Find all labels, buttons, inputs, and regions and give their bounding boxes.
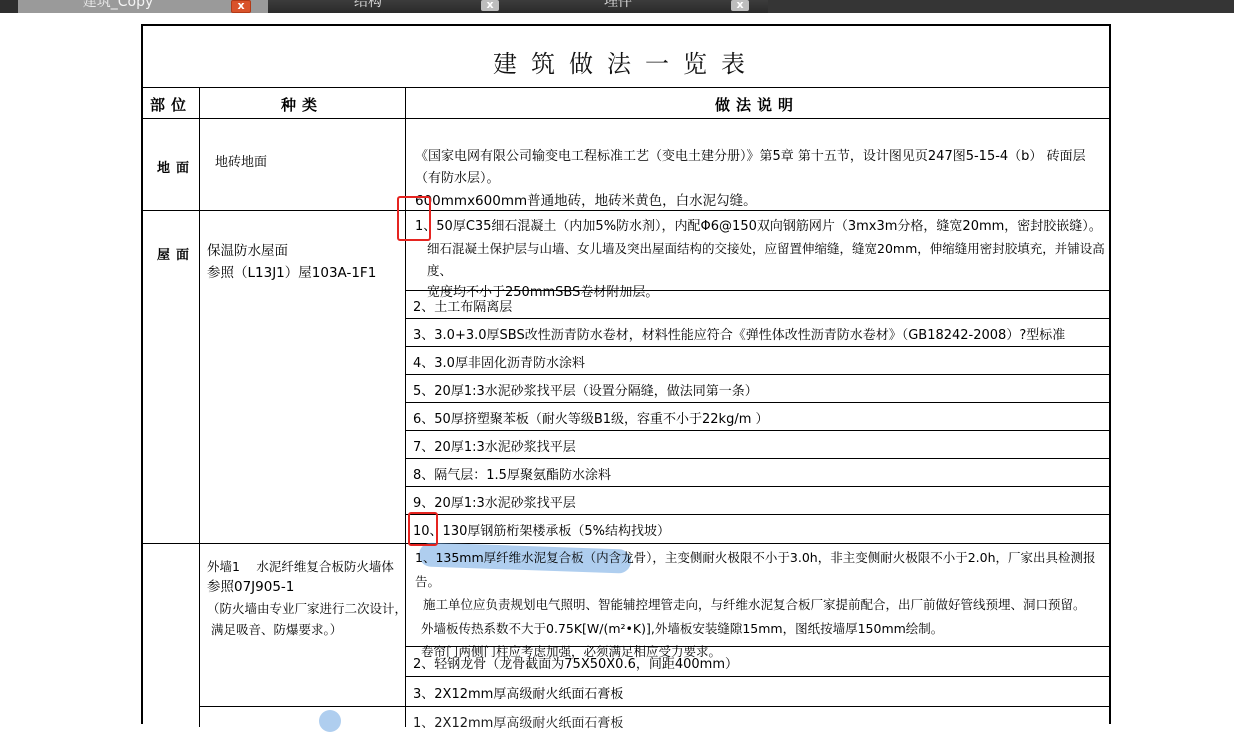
grid-line [143, 87, 1109, 88]
section-kind-wall: 外墙1 水泥纤维复合板防火墙体 参照07J905-1 （防火墙由专业厂家进行二次… [207, 556, 407, 640]
grid-line [405, 402, 1109, 403]
close-icon[interactable]: x [481, 0, 499, 11]
kind-line: 参照（L13J1）屋103A-1F1 [207, 262, 376, 284]
tab-jianzhu-copy[interactable]: 建筑_Copy x [18, 0, 268, 13]
roof-method-1: 1、50厚C35细石混凝土（内加5%防水剂），内配Φ6@150双向钢筋网片（3m… [415, 216, 1109, 304]
method-line: 宽度均不小于250mmSBS卷材附加层。 [415, 282, 1109, 304]
grid-line [199, 706, 1109, 707]
grid-line [405, 676, 1109, 677]
method-line: 施工单位应负责规划电气照明、智能辅控埋管走向，与纤维水泥复合板厂家提前配合，出厂… [415, 593, 1109, 617]
red-marker-box [397, 196, 431, 241]
roof-method-5: 5、20厚1:3水泥砂浆找平层（设置分隔缝，做法同第一条） [413, 380, 758, 399]
tab-bar-empty [768, 0, 1234, 13]
method-line: 细石混凝土保护层与山墙、女儿墙及突出屋面结构的交接处，应留置伸缩缝，缝宽20mm… [415, 238, 1109, 282]
red-marker-box [408, 512, 438, 546]
method-line: 1、50厚C35细石混凝土（内加5%防水剂），内配Φ6@150双向钢筋网片（3m… [415, 216, 1109, 238]
grid-line [199, 87, 200, 715]
grid-line [405, 346, 1109, 347]
kind-line: 参照07J905-1 [207, 577, 407, 598]
kind-line: 满足吸音、防爆要求。） [207, 619, 407, 640]
tab-maijian[interactable]: 埋件 x [518, 0, 768, 13]
roof-method-9: 9、20厚1:3水泥砂浆找平层 [413, 492, 576, 511]
kind-line: 保温防水屋面 [207, 240, 376, 262]
roof-method-2: 2、土工布隔离层 [413, 296, 512, 315]
roof-method-10: 10、130厚钢筋桁架楼承板（5%结构找坡） [413, 520, 670, 539]
roof-method-4: 4、3.0厚非固化沥青防水涂料 [413, 352, 585, 371]
grid-line [405, 514, 1109, 515]
grid-line [405, 318, 1109, 319]
method-line: 600mmx600mm普通地砖，地砖米黄色，白水泥勾缝。 [415, 190, 1109, 212]
kind-line: 地砖地面 [215, 152, 267, 174]
section-part-floor: 地面 [157, 157, 195, 176]
kind-line: （防火墙由专业厂家进行二次设计， [207, 598, 407, 619]
section-kind-floor: 地砖地面 [215, 152, 267, 174]
wall-method-2: 2、轻钢龙骨（龙骨截面为75X50X0.6，间距400mm） [413, 653, 738, 672]
document-tab-bar: 建筑_Copy x 结构 x 埋件 x [0, 0, 1234, 13]
table-title: 建筑做法一览表 [143, 44, 1109, 79]
roof-method-7: 7、20厚1:3水泥砂浆找平层 [413, 436, 576, 455]
close-icon[interactable]: x [231, 0, 251, 13]
grid-line [405, 374, 1109, 375]
section-part-roof: 屋面 [157, 244, 195, 263]
highlight-annotation-dot [319, 710, 341, 715]
header-part: 部位 [143, 94, 199, 115]
tab-jiegou[interactable]: 结构 x [268, 0, 518, 13]
drawing-sheet: 建筑做法一览表 部位 种类 做法说明 地面 地砖地面 《国家电网有限公司输变电工… [141, 24, 1111, 715]
header-method: 做法说明 [405, 94, 1109, 115]
wall-method-3: 3、2X12mm厚高级耐火纸面石膏板 [413, 683, 623, 702]
tab-label: 结构 [268, 0, 468, 6]
method-line: 《国家电网有限公司输变电工程标准工艺（变电土建分册）》第5章 第十五节，设计图见… [415, 146, 1109, 190]
grid-line [405, 430, 1109, 431]
grid-line [143, 543, 1109, 544]
close-icon[interactable]: x [731, 0, 749, 11]
roof-method-3: 3、3.0+3.0厚SBS改性沥青防水卷材，材料性能应符合《弹性体改性沥青防水卷… [413, 324, 1065, 343]
roof-method-8: 8、隔气层：1.5厚聚氨酯防水涂料 [413, 464, 611, 483]
header-kind: 种类 [199, 94, 405, 115]
grid-line [405, 458, 1109, 459]
method-line: 外墙板传热系数不大于0.75K[W/(m²•K)],外墙板安装缝隙15mm，图纸… [415, 617, 1109, 641]
floor-method: 《国家电网有限公司输变电工程标准工艺（变电土建分册）》第5章 第十五节，设计图见… [415, 146, 1109, 212]
roof-method-6: 6、50厚挤塑聚苯板（耐火等级B1级，容重不小于22kg/m ） [413, 408, 769, 427]
tab-bar-left-edge [0, 0, 18, 13]
wall-method-1: 1、135mm厚纤维水泥复合板（内含龙骨），主变侧耐火极限不小于3.0h，非主变… [415, 546, 1109, 664]
tab-label: 埋件 [518, 0, 718, 6]
section-kind-roof: 保温防水屋面 参照（L13J1）屋103A-1F1 [207, 240, 376, 284]
method-line: 1、135mm厚纤维水泥复合板（内含龙骨），主变侧耐火极限不小于3.0h，非主变… [415, 546, 1109, 593]
grid-line [143, 118, 1109, 119]
tab-label: 建筑_Copy [18, 0, 218, 6]
kind-line: 外墙1 水泥纤维复合板防火墙体 [207, 556, 407, 577]
grid-line [405, 486, 1109, 487]
